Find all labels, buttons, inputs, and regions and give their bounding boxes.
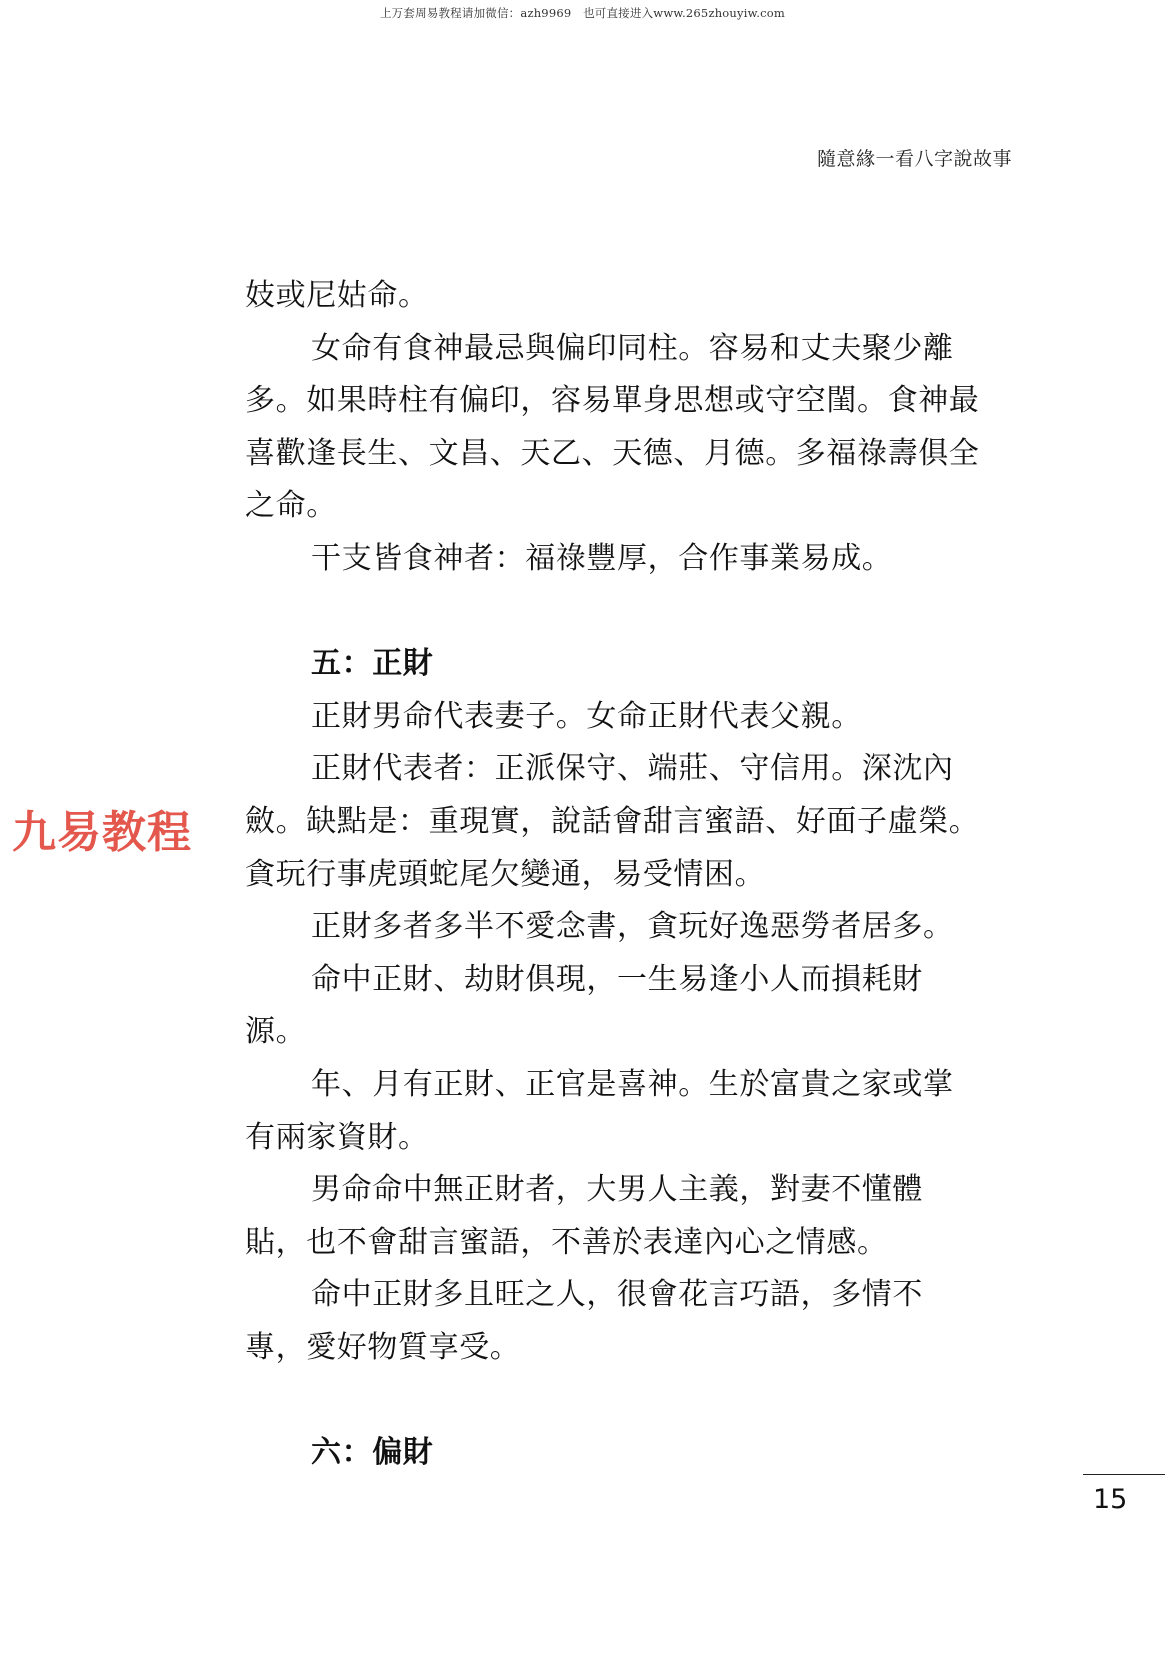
paragraph-line: 正財代表者：正派保守、端莊、守信用。深沈內 <box>245 743 1015 796</box>
page-body: 妓或尼姑命。 女命有食神最忌與偏印同柱。容易和丈夫聚少離 多。如果時柱有偏印，容… <box>245 270 1015 1480</box>
section-heading-zhengcai: 五：正財 <box>245 638 1015 691</box>
paragraph-line: 男命命中無正財者，大男人主義，對妻不懂體 <box>245 1164 1015 1217</box>
paragraph-line: 喜歡逢長生、文昌、天乙、天德、月德。多福祿壽俱全 <box>245 428 1015 481</box>
running-header-title: 隨意緣一看八字說故事 <box>817 144 1012 171</box>
paragraph-line: 斂。缺點是：重現實，說話會甜言蜜語、好面子虛榮。 <box>245 796 1015 849</box>
paragraph-line: 命中正財、劫財俱現，一生易逢小人而損耗財 <box>245 954 1015 1007</box>
section-spacer <box>245 1374 1015 1427</box>
watermark-logo: 九易教程 <box>12 796 192 860</box>
paragraph-line: 貼，也不會甜言蜜語，不善於表達內心之情感。 <box>245 1217 1015 1270</box>
paragraph-line: 命中正財多且旺之人，很會花言巧語，多情不 <box>245 1269 1015 1322</box>
paragraph-line: 貪玩行事虎頭蛇尾欠變通，易受情困。 <box>245 849 1015 902</box>
paragraph-line: 之命。 <box>245 480 1015 533</box>
paragraph-line: 多。如果時柱有偏印，容易單身思想或守空閨。食神最 <box>245 375 1015 428</box>
paragraph-line: 妓或尼姑命。 <box>245 270 1015 323</box>
paragraph-line: 正財多者多半不愛念書，貪玩好逸惡勞者居多。 <box>245 901 1015 954</box>
section-heading-piancai: 六：偏財 <box>245 1427 1015 1480</box>
paragraph-line: 正財男命代表妻子。女命正財代表父親。 <box>245 691 1015 744</box>
section-spacer <box>245 586 1015 639</box>
paragraph-line: 年、月有正財、正官是喜神。生於富貴之家或掌 <box>245 1059 1015 1112</box>
paragraph-line: 專，愛好物質享受。 <box>245 1322 1015 1375</box>
footer-rule <box>1083 1474 1165 1475</box>
paragraph-line: 干支皆食神者：福祿豐厚，合作事業易成。 <box>245 533 1015 586</box>
page-number: 15 <box>1093 1484 1127 1515</box>
paragraph-line: 源。 <box>245 1006 1015 1059</box>
paragraph-line: 有兩家資財。 <box>245 1112 1015 1165</box>
top-banner-notice: 上万套周易教程请加微信：azh9969 也可直接进入www.265zhouyiw… <box>0 5 1165 21</box>
paragraph-line: 女命有食神最忌與偏印同柱。容易和丈夫聚少離 <box>245 323 1015 376</box>
